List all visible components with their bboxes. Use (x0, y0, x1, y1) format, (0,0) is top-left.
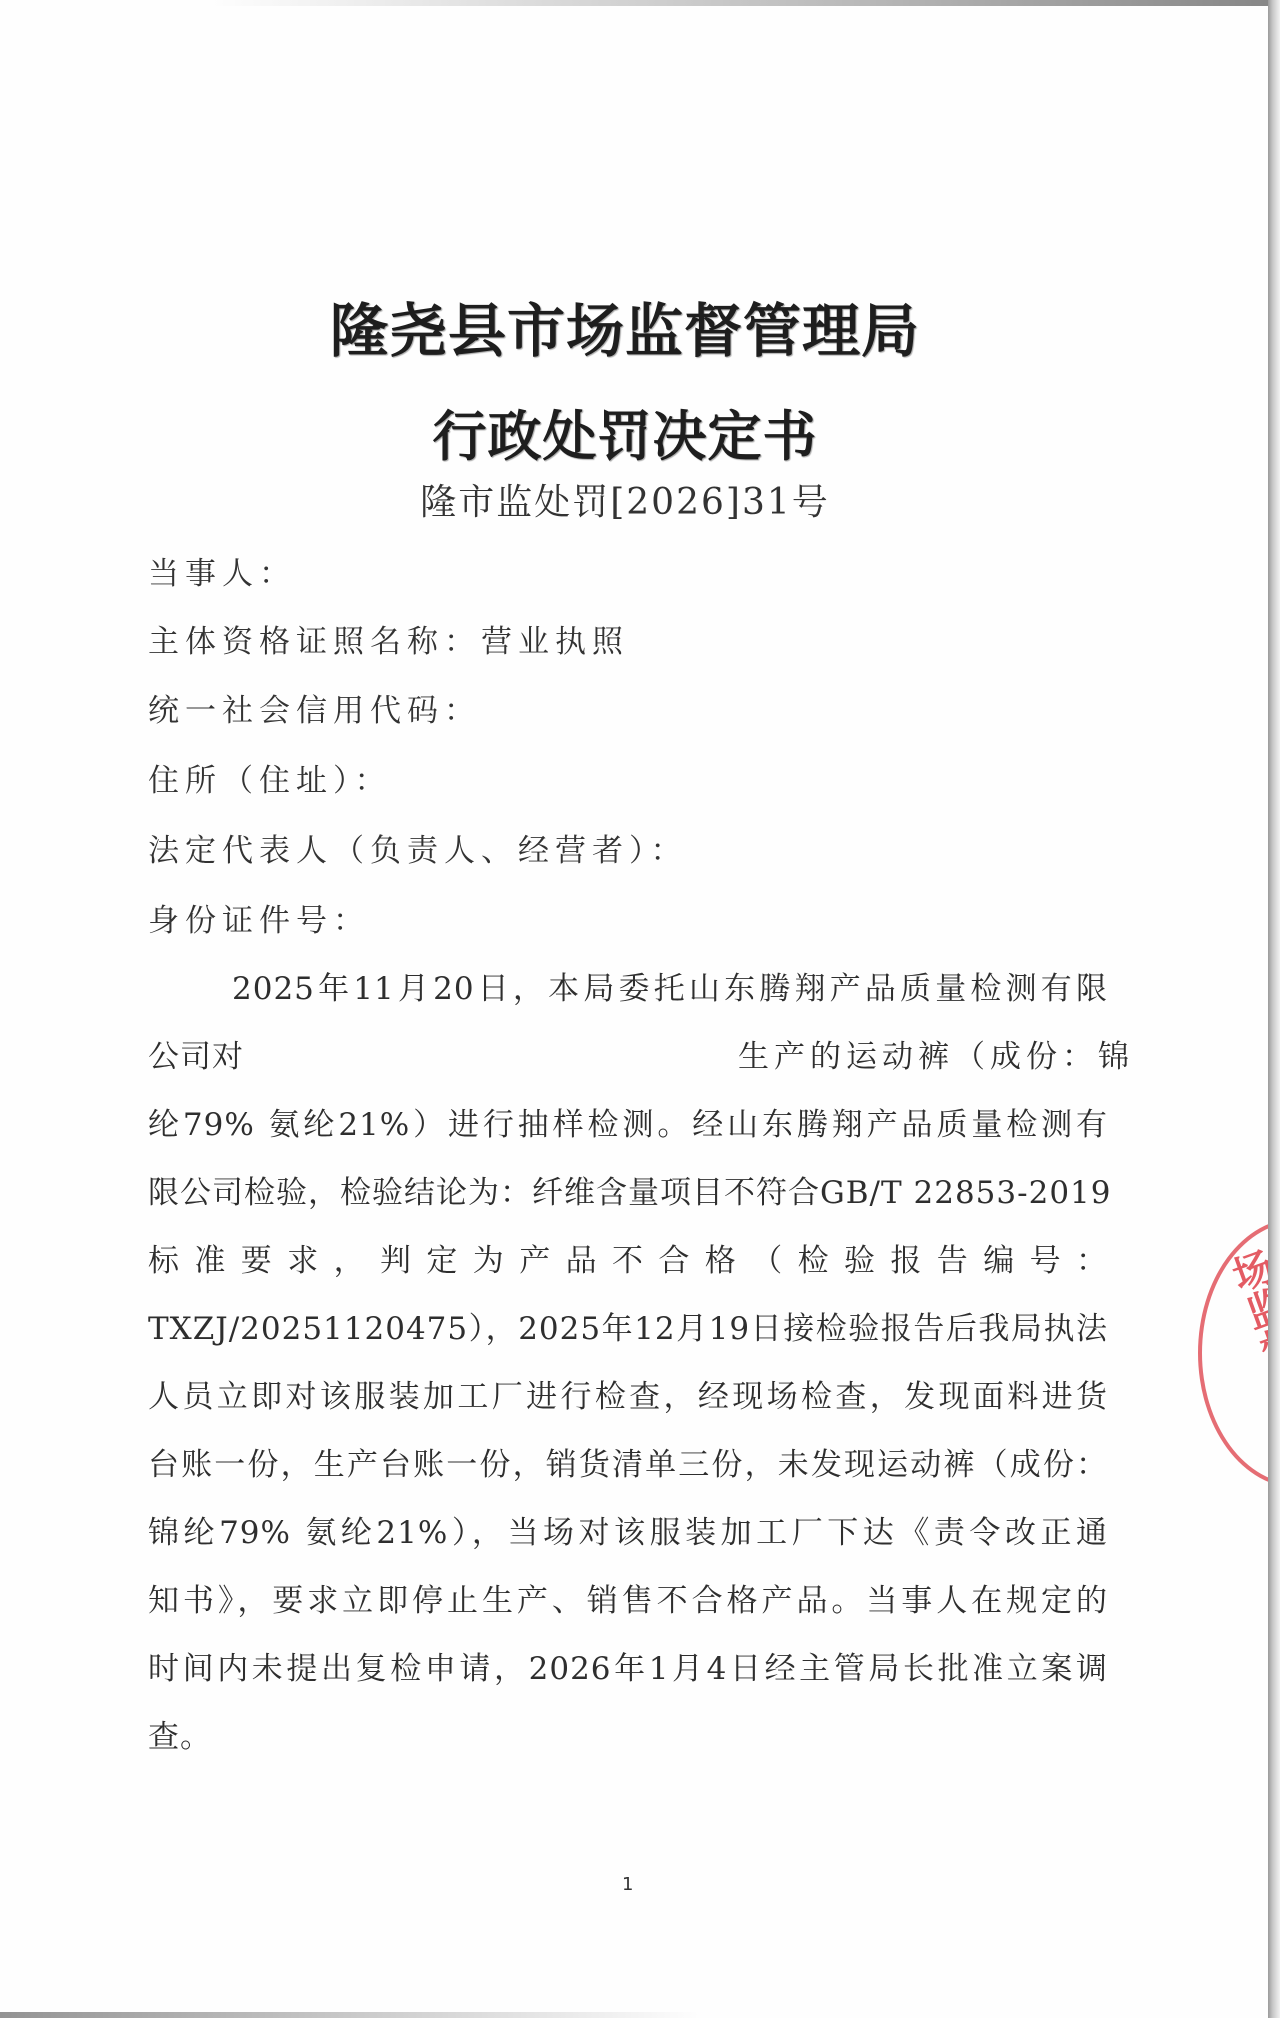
field-label: 住所（住址）： (148, 763, 392, 799)
body-line: 台账一份，生产台账一份，销货清单三份，未发现运动裤（成份： (148, 1439, 1108, 1484)
field-id-number: 身份证件号： (148, 895, 370, 940)
body-line: 人员立即对该服装加工厂进行检查，经现场检查，发现面料进货 (148, 1371, 1108, 1416)
page-number: 1 (622, 1874, 633, 1895)
field-license-name: 主体资格证照名称：营业执照 (148, 616, 629, 661)
body-line-start: 公司对 (148, 1039, 244, 1075)
field-credit-code: 统一社会信用代码： (148, 685, 481, 730)
document-type-title: 行政处罚决定书 (0, 394, 1250, 471)
body-line: 限公司检验，检验结论为：纤维含量项目不符合GB/T 22853-2019 (148, 1167, 1108, 1212)
body-line: 知书》，要求立即停止生产、销售不合格产品。当事人在规定的 (148, 1575, 1108, 1620)
field-value: 营业执照 (481, 624, 629, 660)
field-legal-representative: 法定代表人（负责人、经营者）： (148, 825, 688, 870)
body-line: TXZJ/20251120475），2025年12月19日接检验报告后我局执法 (148, 1303, 1108, 1348)
scan-bottom-shadow (0, 2012, 700, 2018)
body-line: 时间内未提出复检申请，2026年1月4日经主管局长批准立案调 (148, 1643, 1108, 1688)
scan-top-shadow (210, 0, 1280, 6)
field-label: 法定代表人（负责人、经营者）： (148, 833, 688, 869)
body-line: 公司对 生产的运动裤（成份：锦 (148, 1031, 1108, 1076)
field-label: 身份证件号： (148, 903, 370, 939)
document-number: 隆市监处罚[2026]31号 (0, 474, 1250, 525)
field-label: 当事人： (148, 556, 296, 592)
field-label: 主体资格证照名称： (148, 624, 481, 660)
field-party: 当事人： (148, 548, 296, 593)
body-line: 2025年11月20日，本局委托山东腾翔产品质量检测有限 (232, 963, 1108, 1008)
body-line: 标准要求，判定为产品不合格（检验报告编号： (148, 1235, 1108, 1280)
body-line: 纶79% 氨纶21%）进行抽样检测。经山东腾翔产品质量检测有 (148, 1099, 1108, 1144)
document-page: 隆尧县市场监督管理局 行政处罚决定书 隆市监处罚[2026]31号 当事人： 主… (0, 0, 1268, 2018)
body-line: 锦纶79% 氨纶21%），当场对该服装加工厂下达《责令改正通 (148, 1507, 1108, 1552)
agency-title: 隆尧县市场监督管理局 (0, 284, 1250, 368)
body-line-continuation: 生产的运动裤（成份：锦 (738, 1031, 1134, 1076)
body-line: 查。 (148, 1711, 1108, 1756)
field-label: 统一社会信用代码： (148, 693, 481, 729)
scan-right-edge (1268, 0, 1280, 2018)
field-address: 住所（住址）： (148, 755, 392, 800)
